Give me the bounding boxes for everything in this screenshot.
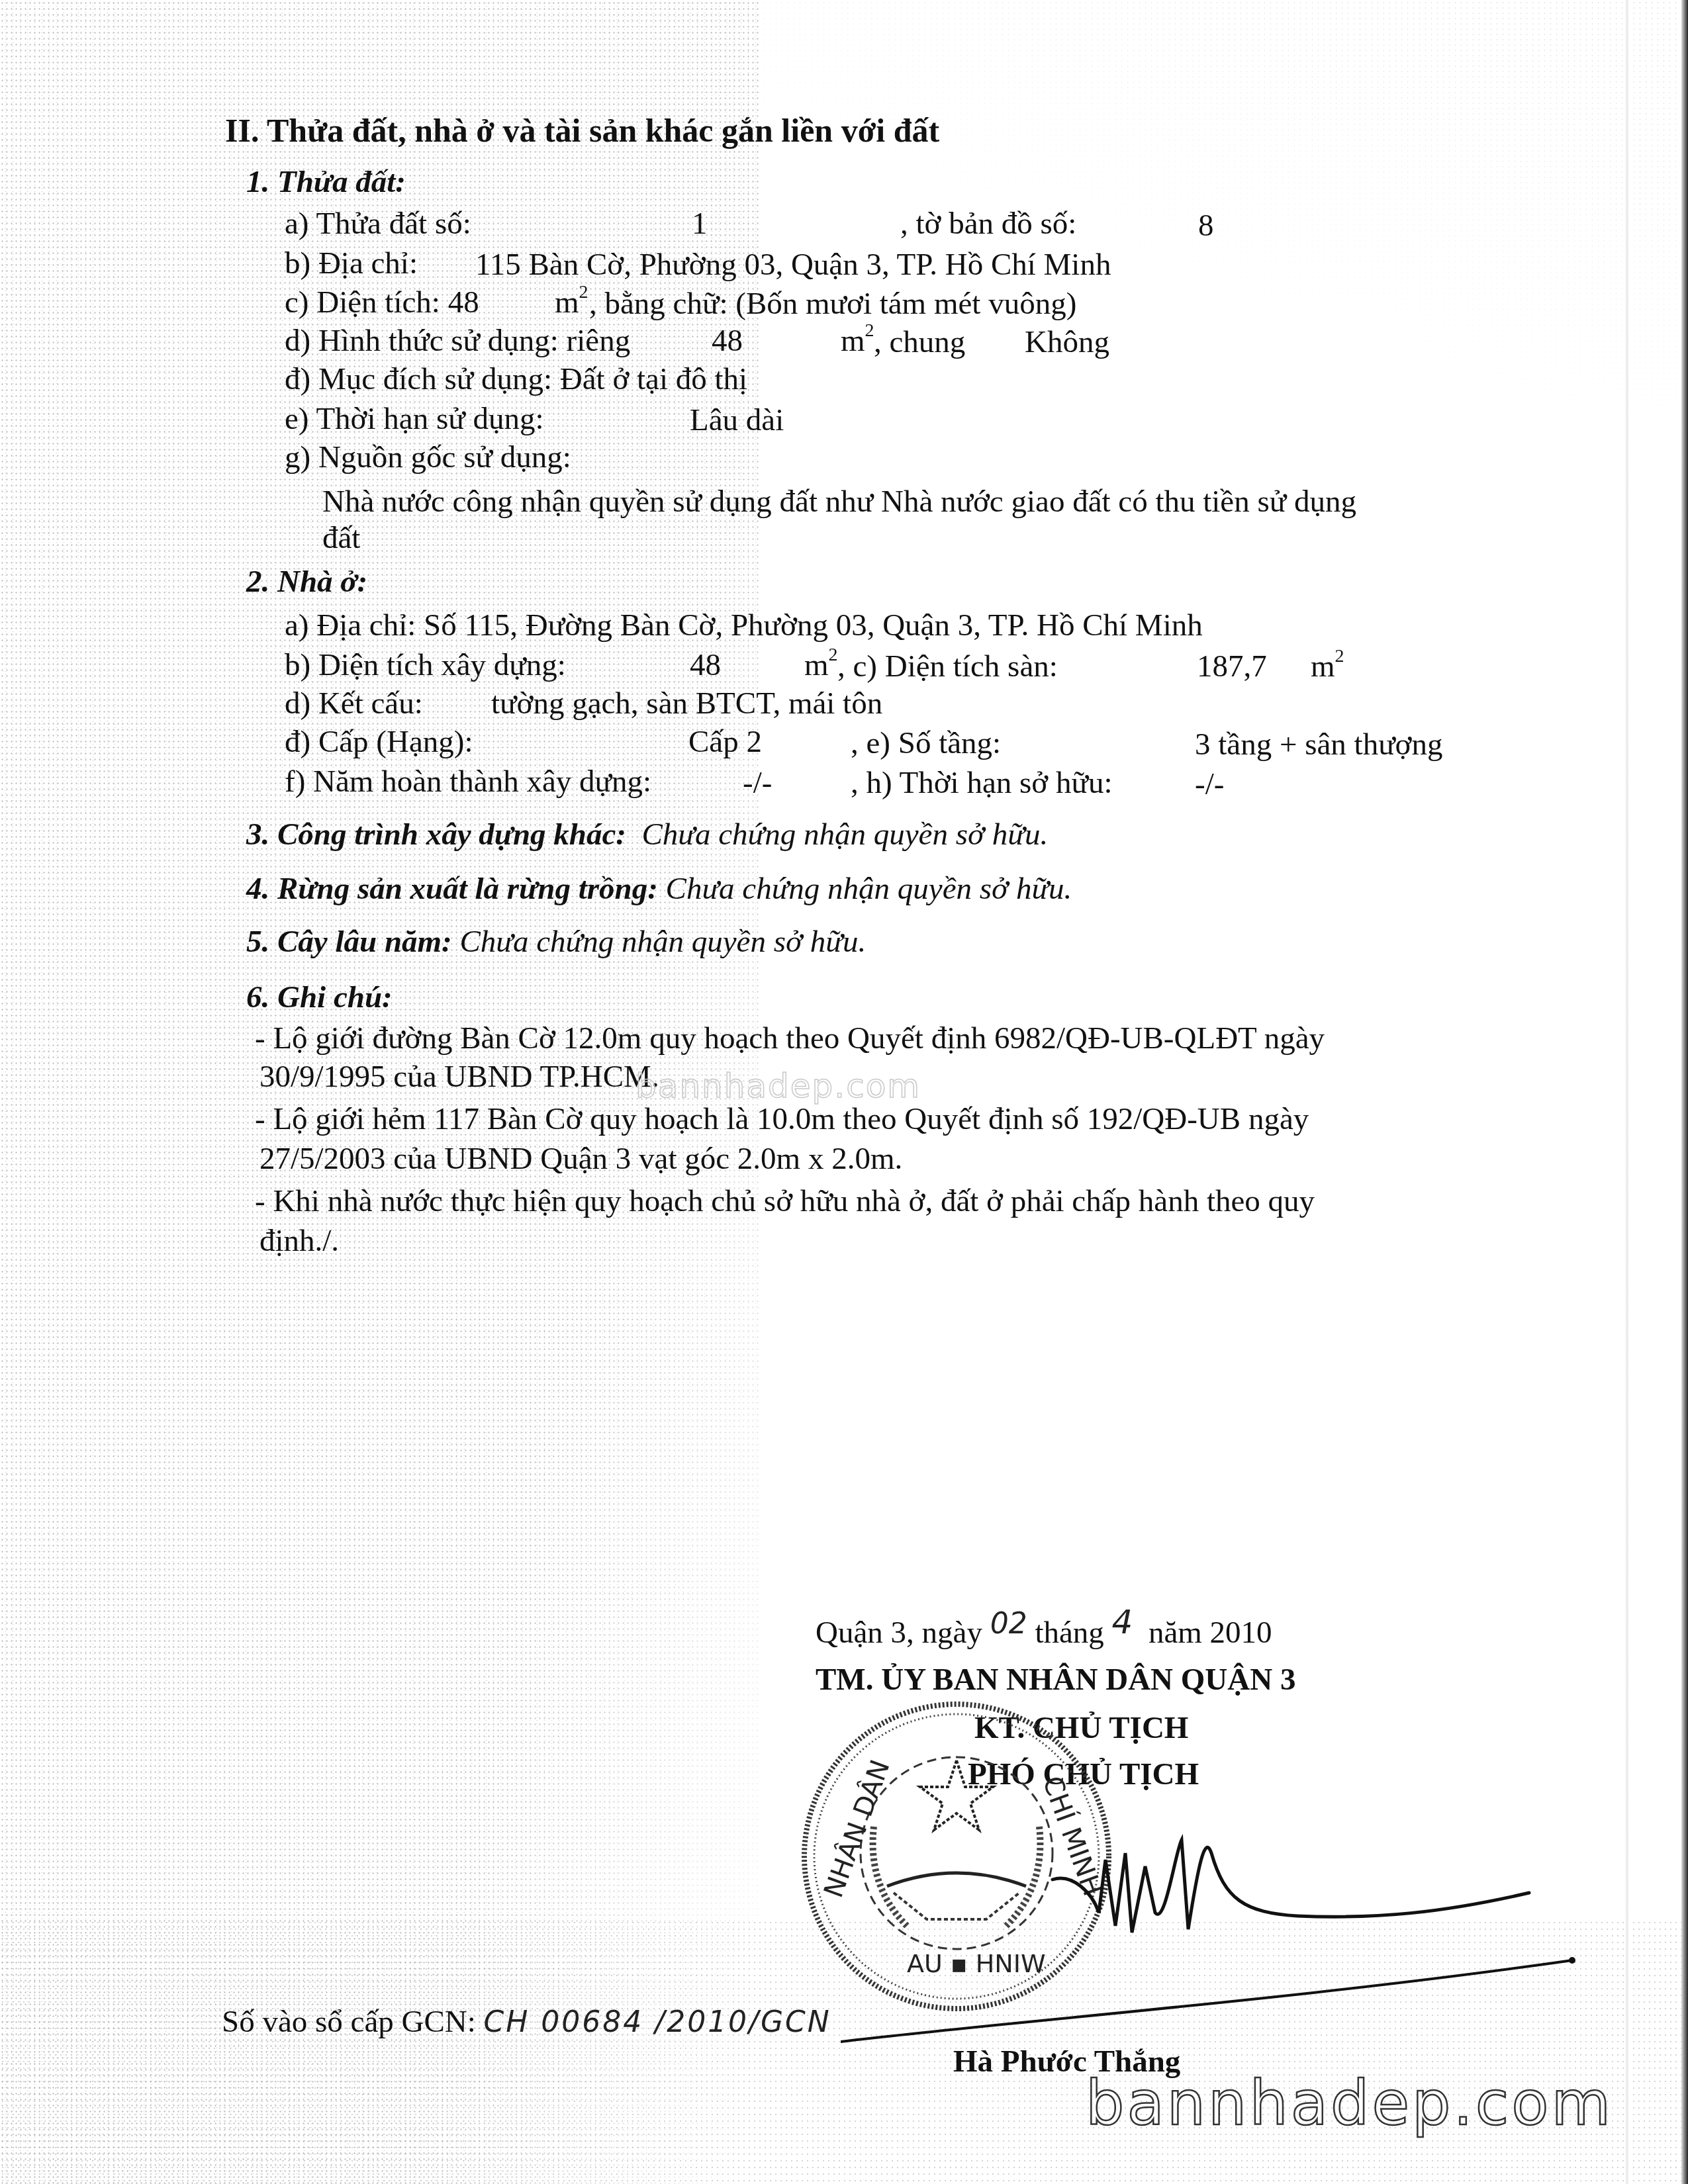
other-works-row: 3. Công trình xây dựng khác: Chưa chứng … — [246, 819, 1048, 850]
watermark-faint: bannhadep.com — [635, 1067, 921, 1105]
area-label: c) Diện tích: 48 — [285, 287, 479, 318]
house-heading: 2. Nhà ở: — [246, 567, 367, 598]
note-line: 27/5/2003 của UBND Quận 3 vạt góc 2.0m x… — [259, 1144, 902, 1175]
grade-label: đ) Cấp (Hạng): — [285, 727, 473, 758]
flourish-line-icon — [841, 1952, 1575, 2045]
land-heading: 1. Thửa đất: — [246, 167, 406, 198]
year-value: -/- — [743, 768, 772, 799]
note-line: 30/9/1995 của UBND TP.HCM. — [259, 1062, 659, 1093]
scan-edge — [1681, 0, 1688, 2184]
structure-value: tường gạch, sàn BTCT, mái tôn — [491, 688, 882, 719]
registry-row: Số vào sổ cấp GCN: CH 00684 /2010/GCN — [222, 2007, 831, 2038]
watermark: bannhadep.com — [1086, 2068, 1613, 2139]
address-label: b) Địa chỉ: — [285, 248, 418, 279]
usage-purpose: đ) Mục đích sử dụng: Đất ở tại đô thị — [285, 364, 747, 395]
floors-value: 3 tầng + sân thượng — [1195, 729, 1442, 760]
note-line: - Lộ giới đường Bàn Cờ 12.0m quy hoạch t… — [255, 1023, 1325, 1054]
forest-row: 4. Rừng sản xuất là rừng trồng: Chưa chứ… — [246, 874, 1072, 905]
origin-line-1: Nhà nước công nhận quyền sử dụng đất như… — [322, 486, 1356, 518]
structure-label: d) Kết cấu: — [285, 688, 423, 719]
signing-organization: TM. ỦY BAN NHÂN DÂN QUẬN 3 — [816, 1664, 1295, 1696]
usage-shared-value: Không — [1025, 327, 1109, 358]
perennial-row: 5. Cây lâu năm: Chưa chứng nhận quyền sở… — [246, 927, 866, 958]
registry-number: CH 00684 /2010/GCN — [484, 2005, 831, 2039]
svg-text:NHÂN DÂN: NHÂN DÂN — [817, 1756, 896, 1902]
section-title: II. Thửa đất, nhà ở và tài sản khác gắn … — [225, 114, 939, 147]
year-label: f) Năm hoàn thành xây dựng: — [285, 766, 651, 797]
parcel-label: a) Thửa đất số: — [285, 208, 471, 240]
parcel-number: 1 — [692, 208, 708, 240]
note-line: định./. — [259, 1226, 339, 1257]
usage-form-label: d) Hình thức sử dụng: riêng — [285, 326, 630, 357]
term-label: e) Thời hạn sử dụng: — [285, 404, 543, 435]
map-sheet-label: , tờ bản đồ số: — [900, 208, 1076, 240]
handwritten-day: 02 — [990, 1607, 1027, 1641]
origin-label: g) Nguồn gốc sử dụng: — [285, 442, 571, 473]
usage-unit: m2 — [841, 326, 874, 357]
floors-label: , e) Số tầng: — [851, 728, 1001, 759]
floor-area-label: , c) Diện tích sàn: — [837, 651, 1058, 682]
ownership-term-value: -/- — [1195, 769, 1224, 800]
note-line: - Lộ giới hẻm 117 Bàn Cờ quy hoạch là 10… — [255, 1104, 1309, 1135]
grade-value: Cấp 2 — [688, 727, 762, 758]
term-value: Lâu dài — [690, 405, 784, 436]
notes-heading: 6. Ghi chú: — [246, 982, 393, 1013]
note-line: - Khi nhà nước thực hiện quy hoạch chủ s… — [255, 1186, 1315, 1217]
land-address: 115 Bàn Cờ, Phường 03, Quận 3, TP. Hồ Ch… — [475, 250, 1111, 281]
floor-area-value: 187,7 — [1197, 651, 1267, 682]
origin-line-2: đất — [322, 523, 360, 554]
ownership-term-label: , h) Thời hạn sở hữu: — [851, 768, 1112, 799]
floor-area-unit: m2 — [1311, 651, 1344, 682]
place-date: Quận 3, ngày 02 tháng 4 năm 2010 — [816, 1615, 1272, 1649]
registry-label: Số vào sổ cấp GCN: — [222, 2005, 476, 2039]
map-sheet-number: 8 — [1198, 210, 1214, 242]
handwritten-month: 4 — [1112, 1603, 1133, 1641]
build-area-label: b) Diện tích xây dựng: — [285, 650, 566, 681]
build-area-unit: m2 — [804, 650, 838, 681]
house-address: a) Địa chỉ: Số 115, Đường Bàn Cờ, Phường… — [285, 610, 1203, 641]
usage-private-value: 48 — [712, 326, 743, 357]
area-unit: m2 — [555, 287, 588, 318]
usage-shared-label: , chung — [874, 327, 965, 358]
build-area-value: 48 — [690, 650, 721, 681]
area-words: , bằng chữ: (Bốn mươi tám mét vuông) — [589, 289, 1076, 320]
